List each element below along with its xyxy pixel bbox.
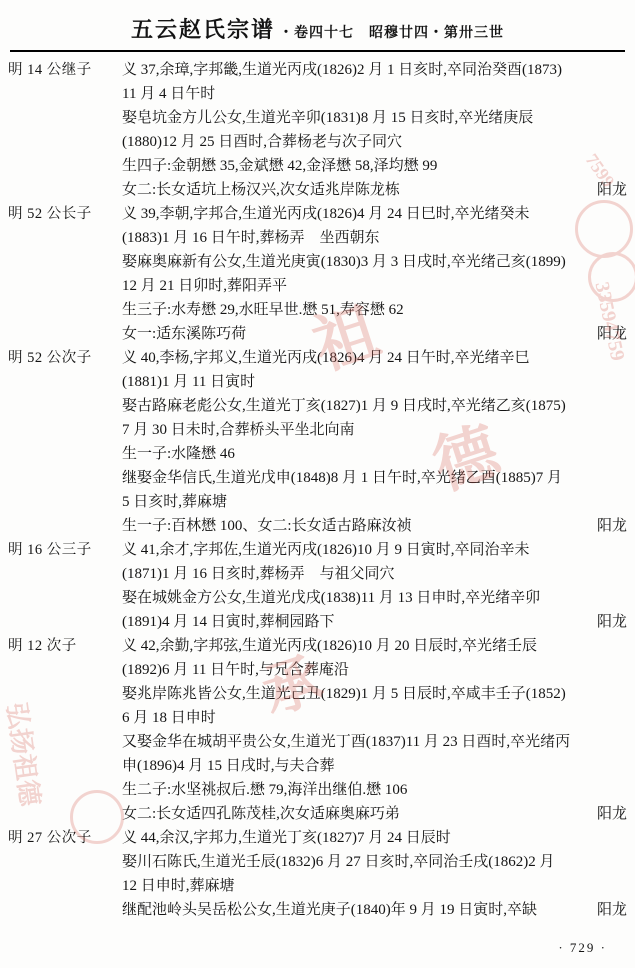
line-text: (1871)1 月 16 日亥时,葬杨弄 与祖父同穴 <box>122 562 395 586</box>
entry-line: (1881)1 月 11 日寅时 <box>122 370 627 394</box>
entry-line: 7 月 30 日未时,合葬桥头平坐北向南 <box>122 418 627 442</box>
entry-line: 女二:长女适四孔陈茂桂,次女适麻奥麻巧弟阳龙 <box>122 802 627 826</box>
entry-line: 6 月 18 日申时 <box>122 706 627 730</box>
line-text: 娶川石陈氏,生道光壬辰(1832)6 月 27 日亥时,卒同治壬戌(1862)2… <box>122 850 554 874</box>
entry-content: 义 37,余璋,字邦畿,生道光丙戌(1826)2 月 1 日亥时,卒同治癸酉(1… <box>122 58 627 202</box>
line-text: 娶麻奥麻新有公女,生道光庚寅(1830)3 月 3 日戌时,卒光绪己亥(1899… <box>122 250 566 274</box>
line-text: 娶皂坑金方儿公女,生道光辛卯(1831)8 月 15 日亥时,卒光绪庚辰 <box>122 106 533 130</box>
line-text: 义 39,李朝,字邦合,生道光丙戌(1826)4 月 24 日巳时,卒光绪癸未 <box>122 202 530 226</box>
line-text: 申(1896)4 月 15 日戌时,与夫合葬 <box>122 754 335 778</box>
entry-line: 义 44,余汉,字邦力,生道光丁亥(1827)7 月 24 日辰时 <box>122 826 627 850</box>
line-text: (1881)1 月 11 日寅时 <box>122 370 255 394</box>
line-text: (1883)1 月 16 日午时,葬杨弄 坐西朝东 <box>122 226 380 250</box>
line-text: (1880)12 月 25 日酉时,合葬杨老与次子同穴 <box>122 130 402 154</box>
entry-line: (1871)1 月 16 日亥时,葬杨弄 与祖父同穴 <box>122 562 627 586</box>
line-text: 女一:适东溪陈巧荷 <box>122 322 246 346</box>
entry-content: 义 40,李杨,字邦义,生道光丙戌(1826)4 月 24 日午时,卒光绪辛巳 … <box>122 346 627 538</box>
entry-line: 继娶金华信氏,生道光戊申(1848)8 月 1 日午时,卒光绪乙酉(1885)7… <box>122 466 627 490</box>
line-text: 义 44,余汉,字邦力,生道光丁亥(1827)7 月 24 日辰时 <box>122 826 451 850</box>
entry-line: 娶川石陈氏,生道光壬辰(1832)6 月 27 日亥时,卒同治壬戌(1862)2… <box>122 850 627 874</box>
entry-line: 娶麻奥麻新有公女,生道光庚寅(1830)3 月 3 日戌时,卒光绪己亥(1899… <box>122 250 627 274</box>
entry-line: 12 日申时,葬麻塘 <box>122 874 627 898</box>
genealogy-page: 五云赵氏宗谱・卷四十七 昭穆廿四・第卅三世 明 14 公继子 义 37,余璋,字… <box>0 0 635 968</box>
line-text: 女二:长女适四孔陈茂桂,次女适麻奥麻巧弟 <box>122 802 400 826</box>
volume-subtitle: ・卷四十七 昭穆廿四・第卅三世 <box>279 26 504 41</box>
entry-content: 义 42,余勤,字邦弦,生道光丙戌(1826)10 月 20 日辰时,卒光绪壬辰… <box>122 634 627 826</box>
entry-line: (1892)6 月 11 日午时,与兄合葬庵沿 <box>122 658 627 682</box>
entry-line: 义 42,余勤,字邦弦,生道光丙戌(1826)10 月 20 日辰时,卒光绪壬辰 <box>122 634 627 658</box>
line-text: 娶在城姚金方公女,生道光戊戌(1838)11 月 13 日申时,卒光绪辛卯 <box>122 586 540 610</box>
entry-line: (1880)12 月 25 日酉时,合葬杨老与次子同穴 <box>122 130 627 154</box>
entry-line: 女一:适东溪陈巧荷阳龙 <box>122 322 627 346</box>
line-text: 12 日申时,葬麻塘 <box>122 874 235 898</box>
entry-line: (1891)4 月 14 日寅时,葬桐园路下阳龙 <box>122 610 627 634</box>
line-text: (1891)4 月 14 日寅时,葬桐园路下 <box>122 610 335 634</box>
entry: 明 16 公三子 义 41,余才,字邦佐,生道光丙戌(1826)10 月 9 日… <box>8 538 627 634</box>
page-footer: · 729 · <box>558 940 607 956</box>
yanglong-tag: 阳龙 <box>597 514 627 538</box>
entry-line: 又娶金华在城胡平贵公女,生道光丁酉(1837)11 月 23 日酉时,卒光绪丙 <box>122 730 627 754</box>
yanglong-tag: 阳龙 <box>597 802 627 826</box>
entry-line: 继配池岭头吴岳松公女,生道光庚子(1840)年 9 月 19 日寅时,卒缺阳龙 <box>122 898 627 922</box>
line-text: 义 41,余才,字邦佐,生道光丙戌(1826)10 月 9 日寅时,卒同治辛未 <box>122 538 530 562</box>
entry-line: 义 41,余才,字邦佐,生道光丙戌(1826)10 月 9 日寅时,卒同治辛未 <box>122 538 627 562</box>
entry-line: 义 37,余璋,字邦畿,生道光丙戌(1826)2 月 1 日亥时,卒同治癸酉(1… <box>122 58 627 82</box>
line-text: 义 42,余勤,字邦弦,生道光丙戌(1826)10 月 20 日辰时,卒光绪壬辰 <box>122 634 537 658</box>
yanglong-tag: 阳龙 <box>597 322 627 346</box>
entry-line: (1883)1 月 16 日午时,葬杨弄 坐西朝东 <box>122 226 627 250</box>
entry-line: 生一子:百林懋 100、女二:长女适古路麻汝祯阳龙 <box>122 514 627 538</box>
entry-line: 娶兆岸陈兆皆公女,生道光己丑(1829)1 月 5 日辰时,卒咸丰壬子(1852… <box>122 682 627 706</box>
line-text: 继配池岭头吴岳松公女,生道光庚子(1840)年 9 月 19 日寅时,卒缺 <box>122 898 537 922</box>
entry: 明 27 公次子 义 44,余汉,字邦力,生道光丁亥(1827)7 月 24 日… <box>8 826 627 922</box>
line-text: 12 月 21 日卯时,葬阳弄平 <box>122 274 287 298</box>
entry-content: 义 44,余汉,字邦力,生道光丁亥(1827)7 月 24 日辰时 娶川石陈氏,… <box>122 826 627 922</box>
entry: 明 52 公次子 义 40,李杨,字邦义,生道光丙戌(1826)4 月 24 日… <box>8 346 627 538</box>
page-header: 五云赵氏宗谱・卷四十七 昭穆廿四・第卅三世 <box>8 10 627 44</box>
line-text: 义 37,余璋,字邦畿,生道光丙戌(1826)2 月 1 日亥时,卒同治癸酉(1… <box>122 58 562 82</box>
yanglong-tag: 阳龙 <box>597 610 627 634</box>
entry-line: 生三子:水寿懋 29,水旺早世.懋 51,寿容懋 62 <box>122 298 627 322</box>
entry: 明 14 公继子 义 37,余璋,字邦畿,生道光丙戌(1826)2 月 1 日亥… <box>8 58 627 202</box>
entry: 明 52 公长子 义 39,李朝,字邦合,生道光丙戌(1826)4 月 24 日… <box>8 202 627 346</box>
entry-line: 义 39,李朝,字邦合,生道光丙戌(1826)4 月 24 日巳时,卒光绪癸未 <box>122 202 627 226</box>
line-text: 生四子:金朝懋 35,金斌懋 42,金泽懋 58,泽均懋 99 <box>122 154 437 178</box>
entry-content: 义 41,余才,字邦佐,生道光丙戌(1826)10 月 9 日寅时,卒同治辛未 … <box>122 538 627 634</box>
entry-label: 明 14 公继子 <box>8 58 122 202</box>
entry-line: 娶在城姚金方公女,生道光戊戌(1838)11 月 13 日申时,卒光绪辛卯 <box>122 586 627 610</box>
entry-line: 生一子:水隆懋 46 <box>122 442 627 466</box>
entry-label: 明 27 公次子 <box>8 826 122 922</box>
line-text: 又娶金华在城胡平贵公女,生道光丁酉(1837)11 月 23 日酉时,卒光绪丙 <box>122 730 570 754</box>
line-text: 娶古路麻老彪公女,生道光丁亥(1827)1 月 9 日戌时,卒光绪乙亥(1875… <box>122 394 566 418</box>
line-text: 女二:长女适坑上杨汉兴,次女适兆岸陈龙栋 <box>122 178 400 202</box>
line-text: 生二子:水坚祧叔后.懋 79,海洋出继伯.懋 106 <box>122 778 407 802</box>
line-text: 生一子:百林懋 100、女二:长女适古路麻汝祯 <box>122 514 412 538</box>
entry-label: 明 12 次子 <box>8 634 122 826</box>
yanglong-tag: 阳龙 <box>597 178 627 202</box>
line-text: 11 月 4 日午时 <box>122 82 215 106</box>
entry-line: 11 月 4 日午时 <box>122 82 627 106</box>
entries-list: 明 14 公继子 义 37,余璋,字邦畿,生道光丙戌(1826)2 月 1 日亥… <box>8 58 627 922</box>
entry-label: 明 52 公长子 <box>8 202 122 346</box>
yanglong-tag: 阳龙 <box>597 898 627 922</box>
entry-label: 明 52 公次子 <box>8 346 122 538</box>
entry-line: 娶皂坑金方儿公女,生道光辛卯(1831)8 月 15 日亥时,卒光绪庚辰 <box>122 106 627 130</box>
line-text: 娶兆岸陈兆皆公女,生道光己丑(1829)1 月 5 日辰时,卒咸丰壬子(1852… <box>122 682 566 706</box>
line-text: 继娶金华信氏,生道光戊申(1848)8 月 1 日午时,卒光绪乙酉(1885)7… <box>122 466 562 490</box>
entry-line: 12 月 21 日卯时,葬阳弄平 <box>122 274 627 298</box>
line-text: 7 月 30 日未时,合葬桥头平坐北向南 <box>122 418 355 442</box>
entry-line: 5 日亥时,葬麻塘 <box>122 490 627 514</box>
entry-line: 生四子:金朝懋 35,金斌懋 42,金泽懋 58,泽均懋 99 <box>122 154 627 178</box>
line-text: 生三子:水寿懋 29,水旺早世.懋 51,寿容懋 62 <box>122 298 404 322</box>
line-text: 义 40,李杨,字邦义,生道光丙戌(1826)4 月 24 日午时,卒光绪辛巳 <box>122 346 530 370</box>
book-title: 五云赵氏宗谱 <box>131 17 275 42</box>
page-number: · 729 · <box>558 940 607 955</box>
line-text: (1892)6 月 11 日午时,与兄合葬庵沿 <box>122 658 349 682</box>
line-text: 生一子:水隆懋 46 <box>122 442 235 466</box>
entry-line: 女二:长女适坑上杨汉兴,次女适兆岸陈龙栋阳龙 <box>122 178 627 202</box>
entry-line: 申(1896)4 月 15 日戌时,与夫合葬 <box>122 754 627 778</box>
entry-line: 生二子:水坚祧叔后.懋 79,海洋出继伯.懋 106 <box>122 778 627 802</box>
entry-content: 义 39,李朝,字邦合,生道光丙戌(1826)4 月 24 日巳时,卒光绪癸未 … <box>122 202 627 346</box>
line-text: 5 日亥时,葬麻塘 <box>122 490 227 514</box>
entry-line: 娶古路麻老彪公女,生道光丁亥(1827)1 月 9 日戌时,卒光绪乙亥(1875… <box>122 394 627 418</box>
entry-line: 义 40,李杨,字邦义,生道光丙戌(1826)4 月 24 日午时,卒光绪辛巳 <box>122 346 627 370</box>
entry-label: 明 16 公三子 <box>8 538 122 634</box>
entry: 明 12 次子 义 42,余勤,字邦弦,生道光丙戌(1826)10 月 20 日… <box>8 634 627 826</box>
header-divider <box>10 50 625 52</box>
line-text: 6 月 18 日申时 <box>122 706 216 730</box>
